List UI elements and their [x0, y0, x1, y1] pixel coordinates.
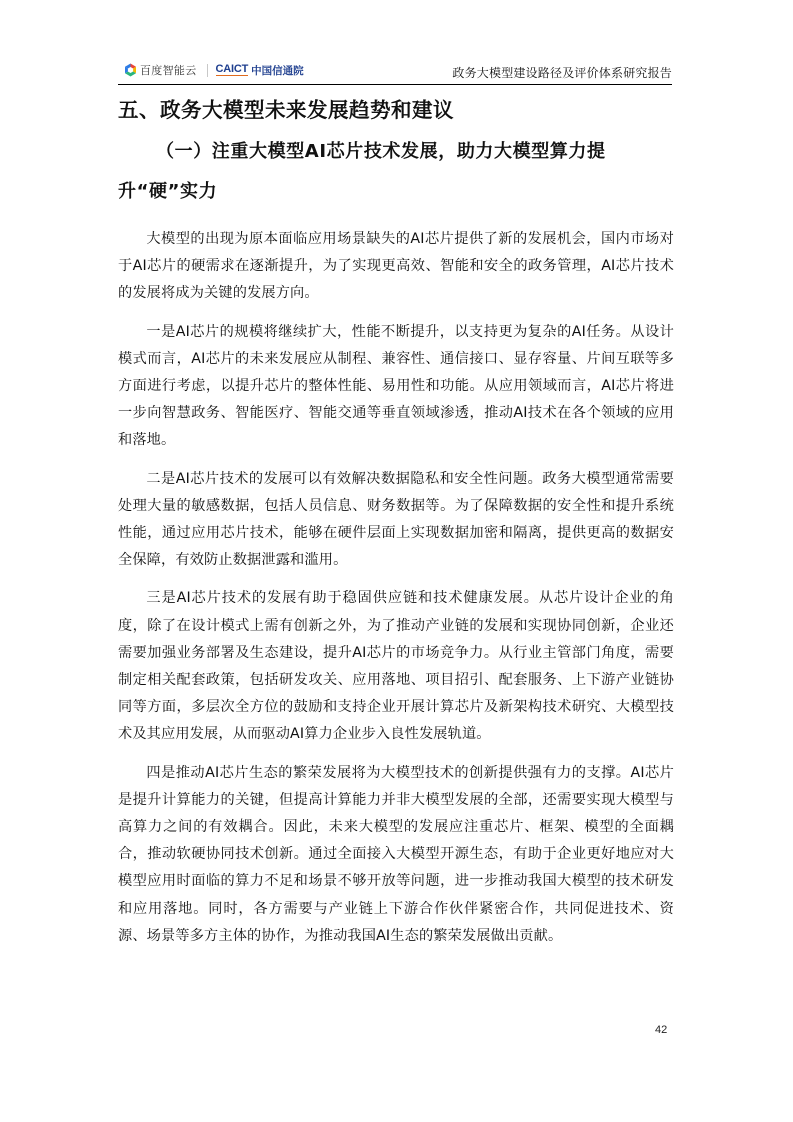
paragraph-intro: 大模型的出现为原本面临应用场景缺失的AI芯片提供了新的发展机会，国内市场对于AI… — [118, 226, 674, 308]
logo-divider — [207, 64, 208, 77]
section-heading: 五、政务大模型未来发展趋势和建议 — [118, 94, 674, 126]
baidu-cloud-logo-text: 百度智能云 — [140, 62, 197, 78]
page-number: 42 — [655, 1024, 667, 1036]
paragraph-point-1: 一是AI芯片的规模将继续扩大，性能不断提升，以支持更为复杂的AI任务。从设计模式… — [118, 319, 674, 455]
document-body: 五、政务大模型未来发展趋势和建议 （一）注重大模型AI芯片技术发展，助力大模型算… — [118, 94, 674, 961]
subsection-heading: （一）注重大模型AI芯片技术发展，助力大模型算力提升“硬”实力 — [118, 132, 674, 212]
page-header: 百度智能云 CAICT 中国信通院 政务大模型建设路径及评价体系研究报告 — [118, 58, 672, 85]
header-logos: 百度智能云 CAICT 中国信通院 — [124, 61, 304, 79]
caict-logo-mark: CAICT — [216, 64, 249, 76]
caict-logo-text: 中国信通院 — [251, 63, 304, 78]
paragraph-point-3: 三是AI芯片技术的发展有助于稳固供应链和技术健康发展。从芯片设计企业的角度，除了… — [118, 585, 674, 748]
baidu-cloud-hexagon-icon — [124, 63, 137, 77]
paragraph-point-4: 四是推动AI芯片生态的繁荣发展将为大模型技术的创新提供强有力的支撑。AI芯片是提… — [118, 760, 674, 950]
paragraph-point-2: 二是AI芯片技术的发展可以有效解决数据隐私和安全性问题。政务大模型通常需要处理大… — [118, 466, 674, 575]
report-title: 政务大模型建设路径及评价体系研究报告 — [452, 64, 672, 81]
